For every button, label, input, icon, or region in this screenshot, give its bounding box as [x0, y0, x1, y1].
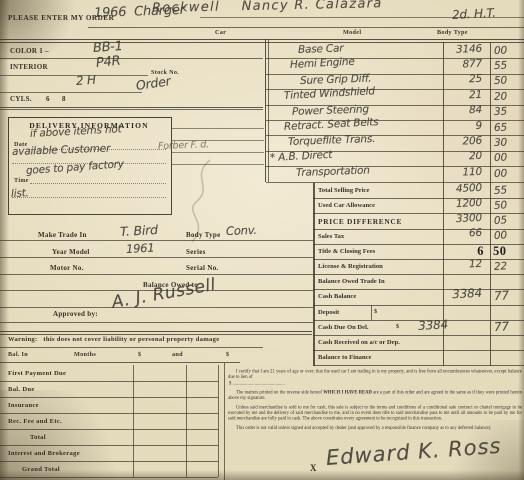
- rule-line: [0, 109, 263, 110]
- summary-cents-handwriting: 00: [494, 229, 508, 242]
- rule-line: [186, 365, 187, 477]
- summary-row-label: Balance Owed Trade In: [318, 278, 385, 285]
- dotted-line: [30, 183, 166, 184]
- summary-row-label: License & Registration: [318, 263, 383, 270]
- dotted-line: [28, 149, 166, 150]
- months-label: Months: [74, 351, 96, 358]
- rule-line: [0, 58, 263, 59]
- body-type-value-handwriting: 2d. H.T.: [452, 6, 497, 22]
- summary-cents-handwriting: 05: [494, 214, 508, 227]
- summary-row-label: Title & Closing Fees: [318, 248, 375, 255]
- year-model-value-handwriting: 1961: [126, 241, 155, 256]
- make-trade-in-label: Make Trade In: [38, 231, 87, 239]
- summary-cents-handwriting: 77: [494, 319, 510, 334]
- rule-line: [313, 305, 524, 306]
- pricing-item-desc-handwriting: Base Car: [298, 42, 344, 56]
- rule-line: [443, 42, 444, 366]
- rule-line: [218, 365, 219, 477]
- dollar-sign-2: $: [226, 351, 229, 358]
- rule-line: [0, 477, 218, 478]
- pricing-item-dollars-handwriting: 84: [420, 104, 482, 118]
- rule-line: [313, 229, 524, 230]
- finance-row-label: Rec. Fee and Etc.: [8, 418, 62, 425]
- summary-row-label: Sales Tax: [318, 233, 344, 240]
- motor-no-label: Motor No.: [50, 264, 84, 272]
- rule-line: [0, 307, 313, 308]
- rule-line: [313, 213, 524, 214]
- rule-line: [313, 244, 524, 245]
- pricing-item-dollars-handwriting: 21: [420, 89, 482, 103]
- rule-line: [0, 274, 313, 275]
- rule-line: [313, 320, 524, 321]
- rule-line: [0, 240, 313, 241]
- rule-line: [266, 182, 524, 183]
- color-label: COLOR 1 –: [10, 47, 49, 55]
- summary-cents-handwriting: 22: [494, 260, 508, 273]
- trade-body-type-value-handwriting: Conv.: [226, 223, 257, 238]
- rule-line: [0, 257, 313, 258]
- pricing-item-desc-handwriting: Tinted Windshield: [284, 85, 375, 102]
- rule-line: [313, 198, 524, 199]
- rule-line: [266, 89, 524, 90]
- summary-cents-handwriting: 77: [494, 289, 510, 304]
- series-label: Series: [186, 248, 206, 256]
- scan-shading: [0, 470, 524, 480]
- rule-line: [266, 58, 524, 59]
- rule-line: [0, 322, 313, 323]
- dollar-sign-1: $: [138, 351, 141, 358]
- finance-row-label: First Payment Due: [8, 370, 66, 377]
- pricing-item-desc-handwriting: Retract. Seat Belts: [284, 116, 379, 133]
- warning-text: Warning: this does not cover liability o…: [8, 336, 219, 343]
- rule-line: [266, 105, 524, 106]
- pricing-item-dollars-handwriting: 3146: [420, 42, 482, 56]
- fine-print-p1: I certify that I am 21 years of age or o…: [228, 369, 522, 380]
- rule-line: [313, 259, 524, 260]
- interior-label: INTERIOR: [10, 63, 48, 71]
- dotted-line: [12, 197, 166, 198]
- pricing-item-cents-handwriting: 00: [494, 152, 507, 164]
- pricing-item-cents-handwriting: 35: [494, 106, 507, 118]
- fine-print-p4: This order is not valid unless signed an…: [228, 425, 522, 431]
- finance-row-label: Bal. Due: [8, 386, 35, 393]
- pricing-item-dollars-handwriting: 877: [420, 58, 482, 72]
- cyl-8-label: 8: [62, 95, 66, 103]
- rule-line: [88, 27, 524, 28]
- pricing-item-dollars-handwriting: 20: [420, 150, 482, 164]
- rule-line: [371, 305, 372, 320]
- rule-line: [313, 183, 315, 366]
- summary-cents-handwriting: 55: [494, 184, 508, 197]
- rule-line: [0, 347, 263, 348]
- rule-line: [0, 331, 312, 332]
- fine-print-p2-bold: WHICH I HAVE READ: [323, 390, 372, 395]
- rule-line: [0, 92, 142, 93]
- model-label: Model: [343, 29, 361, 36]
- pricing-item-dollars-handwriting: 25: [420, 73, 482, 87]
- rule-line: [172, 152, 264, 153]
- summary-row-label: Total Selling Price: [318, 187, 369, 194]
- rule-line: [266, 151, 524, 152]
- rule-line: [172, 164, 264, 165]
- pricing-item-cents-handwriting: 00: [494, 44, 507, 56]
- rule-line: [0, 334, 312, 335]
- cyl-6-label: 6: [46, 95, 50, 103]
- interior-value-handwriting: P4R: [95, 53, 121, 70]
- pricing-item-cents-handwriting: 20: [494, 90, 507, 102]
- rule-line: [224, 363, 225, 480]
- delivery-note-line4-handwriting: list.: [11, 187, 29, 200]
- rule-line: [266, 120, 524, 121]
- body-type-label: Body Type: [437, 29, 468, 36]
- rule-line: [266, 135, 524, 136]
- summary-row-label: Cash Received on a/c or Dep.: [318, 339, 400, 346]
- rule-line: [268, 39, 269, 182]
- margin-note-handwriting: Forber F. d.: [158, 139, 209, 152]
- fine-print-block: I certify that I am 21 years of age or o…: [228, 369, 522, 434]
- rule-line: [200, 17, 524, 18]
- fine-print-p3: Unless said merchandise is sold to me fo…: [228, 405, 522, 422]
- pricing-item-dollars-handwriting: 9: [420, 119, 482, 133]
- summary-row-label: Used Car Allowance: [318, 202, 375, 209]
- summary-row-label: Cash Due On Del.: [318, 324, 369, 331]
- summary-row-label: Deposit: [318, 309, 339, 316]
- rule-line: [0, 75, 148, 76]
- pricing-item-cents-handwriting: 55: [494, 59, 507, 71]
- pricing-item-dollars-handwriting: 110: [420, 166, 482, 180]
- delivery-time-label: Time: [14, 177, 29, 184]
- rule-line: [266, 166, 524, 167]
- fine-print-p2: The matters printed on the reverse side …: [228, 390, 522, 401]
- rule-line: [313, 274, 524, 275]
- rule-line: [133, 365, 134, 477]
- vintage-car-order-form-scan: Rockwell Nancy R. Calazara PLEASE ENTER …: [0, 0, 524, 480]
- pricing-item-dollars-handwriting: 206: [420, 135, 482, 149]
- rule-line: [172, 128, 264, 129]
- summary-dollars-handwriting: 4500: [420, 181, 483, 196]
- fine-print-p2a: The matters printed on the reverse side …: [236, 390, 323, 395]
- stock-no-value-handwriting: Order: [135, 73, 171, 93]
- and-label: and: [172, 351, 183, 358]
- rule-line: [313, 335, 524, 336]
- signature-x-mark: X: [310, 463, 317, 473]
- summary-row-label: Balance to Finance: [318, 354, 371, 361]
- rule-line: [266, 74, 524, 75]
- order-value-handwriting: 1966 Charger: [94, 3, 185, 21]
- finance-row-label: Insurance: [8, 402, 39, 409]
- trade-body-type-label: Body Type: [186, 231, 221, 239]
- summary-row-label: Cash Balance: [318, 293, 356, 300]
- rule-line: [313, 289, 524, 290]
- approved-by-label: Approved by:: [53, 310, 98, 318]
- cyls-label: CYLS.: [10, 95, 32, 103]
- rule-line: [265, 39, 266, 182]
- bal-in-label: Bal. In: [8, 351, 28, 358]
- rule-line: [172, 140, 264, 141]
- serial-no-label: Serial No.: [186, 264, 219, 272]
- finance-row-label: Grand Total: [22, 466, 60, 473]
- rule-line: [490, 42, 491, 366]
- pricing-item-cents-handwriting: 65: [494, 121, 507, 133]
- customer-name-handwriting: Rockwell Nancy R. Calazara: [152, 0, 383, 16]
- year-model-label: Year Model: [52, 248, 90, 256]
- make-trade-in-value-handwriting: T. Bird: [120, 222, 159, 239]
- rule-line: [0, 107, 263, 108]
- summary-row-label: PRICE DIFFERENCE: [318, 217, 402, 226]
- rule-line: [313, 350, 524, 351]
- rule-line: [0, 39, 524, 40]
- finance-row-label: Interest and Brokerage: [8, 450, 80, 457]
- fine-print-lien-amount: $ ......................................…: [229, 381, 522, 387]
- summary-cents-handwriting: 50: [494, 199, 508, 212]
- rule-line: [0, 362, 240, 363]
- summary-printed-cents: 50: [493, 244, 507, 259]
- pricing-item-cents-handwriting: 00: [494, 167, 507, 179]
- rule-line: [313, 365, 524, 366]
- pricing-item-cents-handwriting: 30: [494, 136, 507, 148]
- car-label: Car: [215, 29, 226, 36]
- pricing-item-cents-handwriting: 50: [494, 75, 507, 87]
- printed-dollar-sign: $: [374, 308, 377, 315]
- finance-row-label: Total: [30, 434, 46, 441]
- rule-line: [0, 42, 524, 43]
- dotted-line: [12, 163, 166, 164]
- purchaser-signature-handwriting: Edward K. Ross: [325, 434, 502, 470]
- rule-line: [0, 290, 313, 291]
